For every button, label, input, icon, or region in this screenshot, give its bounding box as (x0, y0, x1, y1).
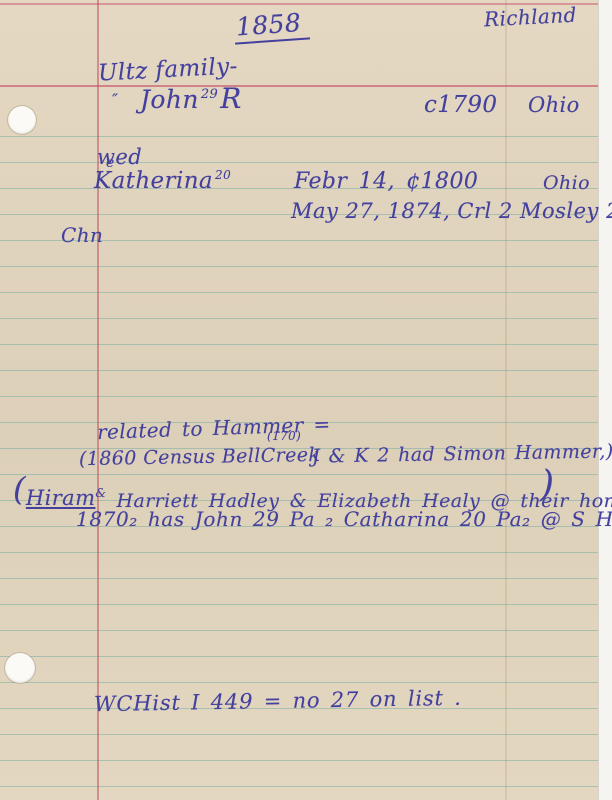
source-citation: WCHist I 449 = no 27 on list . (94, 686, 462, 716)
county-label: Richland (483, 3, 577, 32)
household-close-paren: ) (540, 464, 554, 505)
year-heading: 1858 (233, 7, 310, 44)
hole-punch-top (8, 106, 36, 134)
header-pink-rule (0, 85, 598, 87)
household-ampersand-superscript: & (95, 486, 106, 500)
hole-punch-bottom (5, 653, 35, 683)
ditto-mark: ″ (112, 90, 118, 109)
household-open-paren: ( (13, 470, 26, 508)
wife-birth-date: Febr 14, ¢1800 (294, 169, 478, 194)
husband-name-row: John29R (140, 82, 242, 115)
husband-birth-place: Ohio (528, 93, 580, 117)
husband-name: John (140, 85, 199, 114)
census-superscript: (170) (267, 429, 301, 443)
scan-edge-strip (598, 0, 612, 800)
census-line-end: J & K 2 had Simon Hammer,) (312, 440, 612, 467)
husband-ref-superscript: 29 (201, 87, 218, 102)
household-line: (Hiram&Harriett Hadley & Elizabeth Healy… (13, 470, 612, 508)
red-margin-line (97, 0, 99, 800)
wife-name-row: Katherina20 (94, 168, 231, 194)
census-line-start: (1860 Census BellCreek (79, 444, 321, 470)
husband-initial: R (220, 82, 241, 115)
paper-crease (505, 0, 507, 800)
wife-name: Katherina (94, 168, 213, 194)
census-1870-line: 1870₂ has John 29 Pa ₂ Catharina 20 Pa₂ … (76, 507, 612, 531)
wife-birth-place: Ohio (543, 172, 590, 194)
notebook-page: 1858 Richland Ultz family- ″ John29R c17… (0, 0, 612, 800)
husband-birth-year: c1790 (424, 92, 497, 118)
children-abbreviation: Chn (61, 223, 103, 247)
top-pink-rule (0, 3, 598, 5)
wed-label: wed (97, 145, 142, 169)
wife-death-line: May 27, 1874, Crl 2 Mosley 2 (291, 199, 612, 223)
wife-ref-superscript: 20 (215, 168, 231, 182)
